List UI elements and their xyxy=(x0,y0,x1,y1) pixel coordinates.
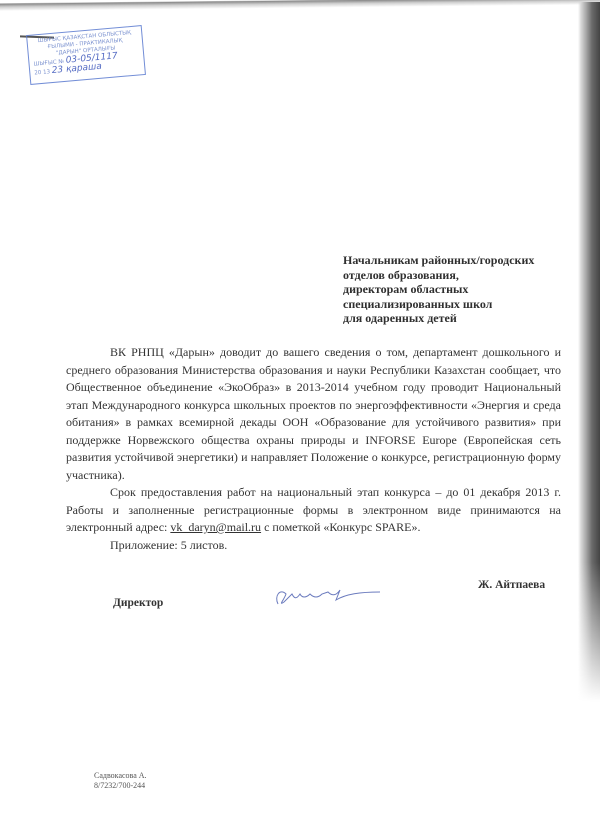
addressee-block: Начальникам районных/городских отделов о… xyxy=(343,253,583,326)
paragraph-deadline: Срок предоставления работ на национальны… xyxy=(66,484,561,537)
executor-phone: 8/7232/700-244 xyxy=(94,781,147,791)
scan-top-edge xyxy=(0,0,600,22)
scan-right-edge xyxy=(578,2,600,702)
handwritten-signature-icon xyxy=(270,582,390,612)
executor-footer: Садвокасова А. 8/7232/700-244 xyxy=(94,771,147,791)
paragraph-attachment: Приложение: 5 листов. xyxy=(66,537,561,555)
signatory-name: Ж. Айтпаева xyxy=(478,579,545,591)
registration-stamp: ШЫҒЫС ҚАЗАҚСТАН ОБЛЫСТЫҚ ҒЫЛЫМИ - ПРАКТИ… xyxy=(26,25,146,85)
addressee-line: директорам областных xyxy=(343,282,583,297)
executor-name: Садвокасова А. xyxy=(94,771,147,781)
letter-body: ВК РНПЦ «Дарын» доводит до вашего сведен… xyxy=(66,344,561,554)
addressee-line: Начальникам районных/городских xyxy=(343,253,583,268)
addressee-line: отделов образования, xyxy=(343,268,583,283)
email-link[interactable]: vk_daryn@mail.ru xyxy=(170,520,261,534)
signatory-title: Директор xyxy=(113,597,163,609)
addressee-line: специализированных школ xyxy=(343,297,583,312)
stamp-date-label: 20 13 xyxy=(34,69,50,76)
paragraph-announcement: ВК РНПЦ «Дарын» доводит до вашего сведен… xyxy=(66,344,561,484)
deadline-text-end: с пометкой «Конкурс SPARE». xyxy=(261,520,420,534)
addressee-line: для одаренных детей xyxy=(343,311,583,326)
